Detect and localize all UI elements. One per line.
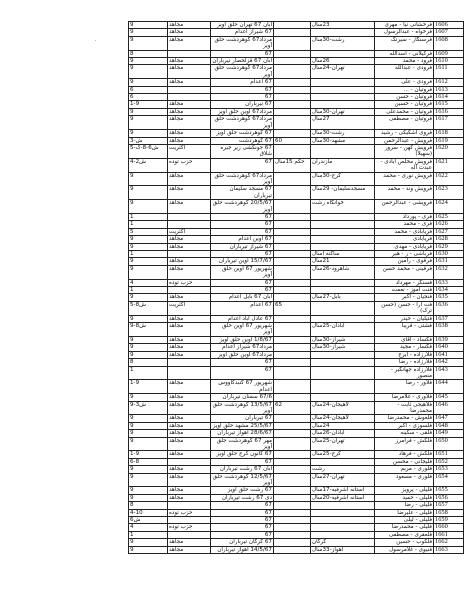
record-place-age: آستانه اشرفیه-20سال bbox=[311, 494, 375, 501]
record-code: 6 bbox=[129, 86, 168, 93]
record-execution: 67 جونکشی زیر جیره شلاق bbox=[211, 144, 274, 158]
record-affiliation: مجاهد bbox=[168, 236, 211, 243]
record-place-age: 24سال bbox=[311, 422, 375, 429]
record-code: 9 bbox=[129, 422, 168, 429]
record-id: 1633 bbox=[434, 279, 464, 286]
record-name: فلاوری - غلامرضا bbox=[375, 394, 434, 401]
table-row: 1634فنت آموز - نعمت671 bbox=[129, 287, 464, 294]
record-place-age: کرج-25سال bbox=[311, 451, 375, 458]
record-execution: 67 عادل آباد اعدام bbox=[211, 315, 274, 322]
record-name: فلیلی - حمید bbox=[375, 494, 434, 501]
record-extra bbox=[274, 351, 311, 358]
record-id: 1614 bbox=[434, 94, 464, 101]
record-execution: 67 bbox=[211, 221, 274, 228]
record-extra bbox=[274, 200, 311, 214]
record-affiliation: مجاهد bbox=[168, 130, 211, 137]
record-id: 1643 bbox=[434, 366, 464, 380]
record-affiliation: مجاهد bbox=[168, 36, 211, 50]
record-execution: 67 تیرباران bbox=[211, 415, 274, 422]
table-row: 1633فسنگر - مهرداد67حزب توده4 bbox=[129, 279, 464, 286]
record-extra bbox=[274, 186, 311, 200]
record-place-age: مسجدسلیمان- 29سال bbox=[311, 186, 375, 200]
record-id: 1609 bbox=[434, 50, 464, 57]
record-code: 9 bbox=[129, 494, 168, 501]
record-name: فلعقری - مصطفی bbox=[375, 531, 434, 538]
record-affiliation: اکثریت bbox=[168, 301, 211, 315]
table-row: 1614فروتیان - حسن676 bbox=[129, 94, 464, 101]
record-name: فروتیان - ... bbox=[375, 86, 434, 93]
record-name: فرخواه - عبدالرسول bbox=[375, 29, 434, 36]
table-row: 1661فلعقری - مصطفی671 bbox=[129, 531, 464, 538]
record-id: 1635 bbox=[434, 294, 464, 301]
record-execution: 67 bbox=[211, 251, 274, 258]
record-name: فرویش - عبدالرحمن bbox=[375, 137, 434, 144]
record-extra bbox=[274, 415, 311, 422]
record-code: 9 bbox=[129, 546, 168, 553]
record-execution: 67 رشت حلق آویز bbox=[211, 487, 274, 494]
record-place-age: تهران-27سال bbox=[311, 473, 375, 487]
record-execution: شهریور 67 گنبدکاووس اعدام bbox=[211, 380, 274, 394]
record-execution: 67 bbox=[211, 531, 274, 538]
record-name: فری - پورداد bbox=[375, 213, 434, 220]
record-execution: 67 bbox=[211, 50, 274, 57]
record-extra bbox=[274, 437, 311, 451]
record-name: فلیلی - محمدرضا bbox=[375, 524, 434, 531]
record-extra bbox=[274, 22, 311, 29]
record-execution: 28/6/67 اهواز تیرباران bbox=[211, 430, 274, 437]
record-place-age bbox=[311, 144, 375, 158]
table-row: 1656فلیلی - حمیدآستانه اشرفیه-20سالدی 67… bbox=[129, 494, 464, 501]
record-name: فروتیان - حسین bbox=[375, 101, 434, 108]
record-place-age bbox=[311, 228, 375, 235]
record-id: 1623 bbox=[434, 186, 464, 200]
record-name: فلوری - مریم bbox=[375, 466, 434, 473]
record-code: 9 bbox=[129, 36, 168, 50]
table-row: 1652فلیجانی - محسن676-8 bbox=[129, 458, 464, 465]
record-code: 9-ش8 bbox=[129, 323, 168, 337]
record-extra bbox=[274, 65, 311, 79]
record-name: فروتیان - مصطفی bbox=[375, 116, 434, 130]
record-name: فلارزاده - رضا bbox=[375, 359, 434, 366]
record-affiliation: مجاهد bbox=[168, 415, 211, 422]
table-row: 1625فری - پورداد671 bbox=[129, 213, 464, 220]
record-extra bbox=[274, 29, 311, 36]
record-extra bbox=[274, 50, 311, 57]
record-id: 1640 bbox=[434, 344, 464, 351]
record-code: 1-9 bbox=[129, 380, 168, 394]
record-place-age: ساکنه اسال bbox=[311, 251, 375, 258]
record-extra bbox=[274, 531, 311, 538]
record-name: فکسار - مجید bbox=[375, 344, 434, 351]
record-place-age bbox=[311, 279, 375, 286]
record-execution: 67 bbox=[211, 502, 274, 509]
record-name: فلاور - رضا bbox=[375, 380, 434, 394]
record-name: فلکوب - حسین bbox=[375, 539, 434, 546]
record-code: 9 bbox=[129, 394, 168, 401]
record-code: 9 bbox=[129, 336, 168, 343]
record-execution: 12/5/67 گوهردشت حلق آویز bbox=[211, 473, 274, 487]
record-affiliation: مجاهد bbox=[168, 200, 211, 214]
record-id: 1629 bbox=[434, 243, 464, 250]
record-place-age bbox=[311, 50, 375, 57]
record-extra bbox=[274, 101, 311, 108]
record-code: 4 bbox=[129, 524, 168, 531]
record-execution: مرداد67 گوهردشت حلق آویز bbox=[211, 65, 274, 79]
table-row: 1654فلوری - مسعودتهران-27سال12/5/67 گوهر… bbox=[129, 473, 464, 487]
record-place-age bbox=[311, 366, 375, 380]
record-extra: حکم 15سال bbox=[274, 158, 311, 172]
record-extra bbox=[274, 466, 311, 473]
record-name: فروتیان - حسن bbox=[375, 94, 434, 101]
record-code: 9 bbox=[129, 186, 168, 200]
table-row: 1648فلسوزی - اکبر24سال25/5/67 مشهد حلق آ… bbox=[129, 422, 464, 429]
record-code: 9 bbox=[129, 79, 168, 86]
table-row: 1657فلیلی - رضا678 bbox=[129, 502, 464, 509]
record-place-age bbox=[311, 524, 375, 531]
record-extra bbox=[274, 243, 311, 250]
record-code: 4 bbox=[129, 279, 168, 286]
record-name: فلقی - سکینه bbox=[375, 430, 434, 437]
record-extra bbox=[274, 487, 311, 494]
table-row: 1649فلقی - سکینهآبادان-26سال28/6/67 اهوا… bbox=[129, 430, 464, 437]
record-id: 1628 bbox=[434, 236, 464, 243]
record-place-age bbox=[311, 380, 375, 394]
record-affiliation: مجاهد bbox=[168, 186, 211, 200]
record-place-age: 21سال bbox=[311, 258, 375, 265]
table-row: 1630فرباشی - ر - هیرساکنه اسال671 bbox=[129, 251, 464, 258]
record-id: 1622 bbox=[434, 172, 464, 186]
table-row: 1624فرویشی - عبدالرحمنخوانگاه رشت20/5/67… bbox=[129, 200, 464, 214]
record-id: 1653 bbox=[434, 466, 464, 473]
record-name: فریابادی - محمد bbox=[375, 228, 434, 235]
record-name: فریابادی bbox=[375, 236, 434, 243]
record-extra bbox=[274, 236, 311, 243]
record-affiliation bbox=[168, 50, 211, 57]
record-extra bbox=[274, 494, 311, 501]
record-place-age: 26سال bbox=[311, 58, 375, 65]
record-id: 1638 bbox=[434, 323, 464, 337]
record-affiliation: حزب توده bbox=[168, 158, 211, 172]
record-place-age bbox=[311, 213, 375, 220]
record-extra bbox=[274, 116, 311, 130]
record-extra bbox=[274, 315, 311, 322]
record-extra bbox=[274, 380, 311, 394]
record-table: 1606فرخشانی نیا - مهری23سالآبان 67 تهران… bbox=[128, 21, 464, 554]
record-code: 9 bbox=[129, 108, 168, 115]
record-execution: شهریور 67 اوین حلق آویز bbox=[211, 265, 274, 279]
record-id: 1654 bbox=[434, 473, 464, 487]
record-code: 9 bbox=[129, 65, 168, 79]
record-execution: مهر 67 گوهردشت حلق آویز bbox=[211, 437, 274, 451]
record-place-age bbox=[311, 351, 375, 358]
record-affiliation: مجاهد bbox=[168, 394, 211, 401]
record-id: 1626 bbox=[434, 221, 464, 228]
record-extra bbox=[274, 108, 311, 115]
record-id: 1651 bbox=[434, 451, 464, 458]
record-name: فلیجانی - محسن bbox=[375, 458, 434, 465]
table-row: 1623فرویش وند - محمدمسجدسلیمان- 29سال67 … bbox=[129, 186, 464, 200]
record-extra bbox=[274, 517, 311, 524]
record-execution: 67 گرگان تیرباران bbox=[211, 539, 274, 546]
record-place-age bbox=[311, 221, 375, 228]
record-extra bbox=[274, 172, 311, 186]
record-code: 8 bbox=[129, 502, 168, 509]
record-code: 5 bbox=[129, 228, 168, 235]
record-execution: 25/5/67 مشهد حلق آویز bbox=[211, 422, 274, 429]
record-execution: 67 تیرباران bbox=[211, 101, 274, 108]
table-row: 1645فلاوری - غلامرضا67/6 سمنان تیربارانم… bbox=[129, 394, 464, 401]
table-row: 1635فنجیان - اکبربابل-27سالآبان 67 بابل … bbox=[129, 294, 464, 301]
record-id: 1639 bbox=[434, 336, 464, 343]
record-affiliation: مجاهد bbox=[168, 65, 211, 79]
record-name: فلکش - فرهاد bbox=[375, 451, 434, 458]
record-id: 1630 bbox=[434, 251, 464, 258]
record-id: 1610 bbox=[434, 58, 464, 65]
record-code: 9 bbox=[129, 130, 168, 137]
record-extra bbox=[274, 502, 311, 509]
record-execution: 67 bbox=[211, 366, 274, 380]
record-id: 1637 bbox=[434, 315, 464, 322]
record-execution: 20/5/67 گوهردشت حلق آویز bbox=[211, 200, 274, 214]
record-code: 9 bbox=[129, 258, 168, 265]
record-id: 1615 bbox=[434, 101, 464, 108]
record-affiliation: مجاهد bbox=[168, 539, 211, 546]
table-row: 1642فلارزاده - رضا678 bbox=[129, 359, 464, 366]
record-id: 1642 bbox=[434, 359, 464, 366]
record-place-age: 27سال bbox=[311, 116, 375, 130]
record-affiliation: مجاهد bbox=[168, 487, 211, 494]
record-extra bbox=[274, 394, 311, 401]
record-affiliation: مجاهد bbox=[168, 137, 211, 144]
record-code: 9 bbox=[129, 29, 168, 36]
table-row: 1621فرویش مخلص آبادی - عبدت الهمازندرانح… bbox=[129, 158, 464, 172]
record-execution: شهریور 67 اوین حلق آویز bbox=[211, 323, 274, 337]
table-row: 1653فلوری - مریمرشتآبان 67 رشت تیربارانم… bbox=[129, 466, 464, 473]
record-code: 6 bbox=[129, 94, 168, 101]
record-code: 9 bbox=[129, 466, 168, 473]
record-code: 9 bbox=[129, 539, 168, 546]
record-id: 1636 bbox=[434, 301, 464, 315]
record-execution: 67 bbox=[211, 359, 274, 366]
record-id: 1658 bbox=[434, 509, 464, 516]
table-row: 1617فروتیان - مصطفی27سالمرداد67 گوهردشت … bbox=[129, 116, 464, 130]
record-affiliation bbox=[168, 287, 211, 294]
record-extra bbox=[274, 344, 311, 351]
record-affiliation: اکثریت bbox=[168, 228, 211, 235]
record-extra bbox=[274, 251, 311, 258]
record-place-age bbox=[311, 236, 375, 243]
table-row: 1606فرخشانی نیا - مهری23سالآبان 67 تهران… bbox=[129, 22, 464, 29]
record-id: 1656 bbox=[434, 494, 464, 501]
record-affiliation: مجاهد bbox=[168, 451, 211, 458]
record-place-age: کرج-30سال bbox=[311, 172, 375, 186]
record-name: فلارزاده جهانگیر - منصور bbox=[375, 366, 434, 380]
record-id: 1648 bbox=[434, 422, 464, 429]
record-affiliation: مجاهد bbox=[168, 344, 211, 351]
record-name: فنجیان - اکبر bbox=[375, 294, 434, 301]
record-extra bbox=[274, 58, 311, 65]
record-id: 1608 bbox=[434, 36, 464, 50]
record-name: فلکش - فرامرز bbox=[375, 437, 434, 451]
table-row: 1660فلیلی - محمدرضا67حزب توده4 bbox=[129, 524, 464, 531]
record-affiliation bbox=[168, 517, 211, 524]
record-execution: 67 bbox=[211, 509, 274, 516]
record-execution: 1/8/67 اوین حلق آویز bbox=[211, 336, 274, 343]
record-affiliation bbox=[168, 531, 211, 538]
table-row: 1662فلکوب - حسینگرگان67 گرگان تیربارانمج… bbox=[129, 539, 464, 546]
table-row: 1641فلارزاده - ایرجمرداد67 اوین حلق آویز… bbox=[129, 351, 464, 358]
record-id: 1650 bbox=[434, 437, 464, 451]
record-extra bbox=[274, 422, 311, 429]
record-affiliation: مجاهد bbox=[168, 473, 211, 487]
record-place-age bbox=[311, 394, 375, 401]
record-id: 1624 bbox=[434, 200, 464, 214]
record-id: 1618 bbox=[434, 130, 464, 137]
record-code: 8 bbox=[129, 359, 168, 366]
record-affiliation: مجاهد bbox=[168, 172, 211, 186]
record-affiliation bbox=[168, 251, 211, 258]
record-code: 1 bbox=[129, 213, 168, 220]
record-affiliation: مجاهد bbox=[168, 108, 211, 115]
record-extra bbox=[274, 36, 311, 50]
record-id: 1645 bbox=[434, 394, 464, 401]
record-name: فرویش مخلص آبادی - عبدت اله bbox=[375, 158, 434, 172]
record-code: 4-10 bbox=[129, 509, 168, 516]
record-id: 1627 bbox=[434, 228, 464, 235]
table-row: 1644فلاور - رضاشهریور 67 گنبدکاووس اعدام… bbox=[129, 380, 464, 394]
record-place-age: تهران-24سال bbox=[311, 65, 375, 79]
record-affiliation: حزب توده bbox=[168, 509, 211, 516]
record-place-age bbox=[311, 243, 375, 250]
record-execution: 67 bbox=[211, 458, 274, 465]
record-execution: 14/5/67 اهواز تیرباران bbox=[211, 546, 274, 553]
record-extra bbox=[274, 287, 311, 294]
scan-speck bbox=[95, 40, 96, 41]
record-affiliation: مجاهد bbox=[168, 546, 211, 553]
record-affiliation: مجاهد bbox=[168, 79, 211, 86]
record-extra bbox=[274, 86, 311, 93]
record-name: فرباشی - ر - هیر bbox=[375, 251, 434, 258]
record-execution: 67 bbox=[211, 94, 274, 101]
record-code: 1 bbox=[129, 531, 168, 538]
record-affiliation bbox=[168, 221, 211, 228]
table-row: 1618فروی اشکیکی - رشیدرشت-30سال67 گوهردش… bbox=[129, 130, 464, 137]
table-row: 1613فروتیان - ...676 bbox=[129, 86, 464, 93]
record-extra bbox=[274, 279, 311, 286]
record-place-age: خوانگاه رشت bbox=[311, 200, 375, 214]
record-name: فلوری - مسعود bbox=[375, 473, 434, 487]
record-place-age bbox=[311, 101, 375, 108]
record-place-age: رشت-30سال bbox=[311, 36, 375, 50]
record-name: فلارزاده - ایرج bbox=[375, 351, 434, 358]
table-row: 1663فنیوی - غلامرسولاهواز-33سال14/5/67 ا… bbox=[129, 546, 464, 553]
record-execution: 67 شیراز تیرباران bbox=[211, 243, 274, 250]
record-affiliation: مجاهد bbox=[168, 29, 211, 36]
table-row: 1628فریابادی67 اوین اعداممجاهد9 bbox=[129, 236, 464, 243]
record-affiliation bbox=[168, 86, 211, 93]
table-row: 1659فلیلی - لیلی67ش6 bbox=[129, 517, 464, 524]
record-name: فلیلی - پرویز bbox=[375, 487, 434, 494]
record-affiliation: حزب توده bbox=[168, 524, 211, 531]
table-row: 1655فلیلی - پرویزآستانه اشرفیه-17سال67 ر… bbox=[129, 487, 464, 494]
record-execution: 67 شیراز اعدام bbox=[211, 29, 274, 36]
record-extra bbox=[274, 336, 311, 343]
record-place-age bbox=[311, 517, 375, 524]
table-row: 1611فرودی - عبداللهتهران-24سالمرداد67 گو… bbox=[129, 65, 464, 79]
record-extra bbox=[274, 79, 311, 86]
record-affiliation bbox=[168, 359, 211, 366]
table-row: 1609فرکیلانی - اسدالله678 bbox=[129, 50, 464, 57]
record-code: 8 bbox=[129, 50, 168, 57]
record-affiliation: مجاهد bbox=[168, 336, 211, 343]
record-code: 9 bbox=[129, 344, 168, 351]
record-code: 1-9 bbox=[129, 451, 168, 458]
record-code: 9 bbox=[129, 172, 168, 186]
record-name: فلسوزی - اکبر bbox=[375, 422, 434, 429]
table-row: 1637فتیلیان - حیدر67 عادل آباد اعداممجاه… bbox=[129, 315, 464, 322]
table-row: 1612فرودی - علی67 اعداممجاهد9 bbox=[129, 79, 464, 86]
record-name: فرقوی - رامین bbox=[375, 258, 434, 265]
record-id: 1657 bbox=[434, 502, 464, 509]
record-affiliation bbox=[168, 458, 211, 465]
record-id: 1631 bbox=[434, 258, 464, 265]
record-execution: 67 گوهردشت حلق آویز bbox=[211, 130, 274, 137]
record-place-age bbox=[311, 287, 375, 294]
record-execution: 67 bbox=[211, 279, 274, 286]
record-extra bbox=[274, 323, 311, 337]
record-place-age bbox=[311, 531, 375, 538]
record-execution: آبان 67 تهران حلق آویز bbox=[211, 22, 274, 29]
table-row: 1651فلکش - فرهادکرج-25سال67 کانون کرج حل… bbox=[129, 451, 464, 458]
record-id: 1613 bbox=[434, 86, 464, 93]
record-affiliation: مجاهد bbox=[168, 466, 211, 473]
record-execution: 67 bbox=[211, 86, 274, 93]
table-row: 1608فرسنگار - سیرنگرشت-30سالمرداد67 گوهر… bbox=[129, 36, 464, 50]
record-place-age: رشت-30سال bbox=[311, 130, 375, 137]
record-name: فری - محمد bbox=[375, 221, 434, 228]
record-extra bbox=[274, 144, 311, 158]
record-affiliation: مجاهد bbox=[168, 101, 211, 108]
record-code: 5-ش6-8-ک bbox=[129, 144, 168, 158]
record-affiliation: مجاهد bbox=[168, 401, 211, 415]
record-affiliation: اکثریت bbox=[168, 144, 211, 158]
record-id: 1620 bbox=[434, 144, 464, 158]
record-execution: 67 مسجد سلیمان تیرباران bbox=[211, 186, 274, 200]
record-affiliation: مجاهد bbox=[168, 294, 211, 301]
record-execution: 67 bbox=[211, 228, 274, 235]
record-extra bbox=[274, 294, 311, 301]
record-id: 1647 bbox=[434, 415, 464, 422]
record-execution: 67 گوهردشت bbox=[211, 137, 274, 144]
table-row: 1607فرخواه - عبدالرسول67 شیراز اعداممجاه… bbox=[129, 29, 464, 36]
table-row: 1650فلکش - فرامرزتهران-25سالمهر 67 گوهرد… bbox=[129, 437, 464, 451]
record-name: فشتی - فریبا bbox=[375, 323, 434, 337]
record-affiliation: مجاهد bbox=[168, 116, 211, 130]
table-row: 1629فریابادی - مهدی67 شیراز تیربارانمجاه… bbox=[129, 243, 464, 250]
record-table-body: 1606فرخشانی نیا - مهری23سالآبان 67 تهران… bbox=[129, 22, 464, 554]
record-place-age: آستانه اشرفیه-17سال bbox=[311, 487, 375, 494]
record-name: فرسنگار - سیرنگ bbox=[375, 36, 434, 50]
record-name: فروتیان - محمدعلی bbox=[375, 108, 434, 115]
record-id: 1655 bbox=[434, 487, 464, 494]
record-execution: 67 bbox=[211, 213, 274, 220]
record-name: فرویشی - عبدالرحمن bbox=[375, 200, 434, 214]
record-place-age bbox=[311, 359, 375, 366]
record-extra bbox=[274, 359, 311, 366]
record-execution: 67 اوین اعدام bbox=[211, 236, 274, 243]
record-place-age: رشت bbox=[311, 466, 375, 473]
record-id: 1660 bbox=[434, 524, 464, 531]
